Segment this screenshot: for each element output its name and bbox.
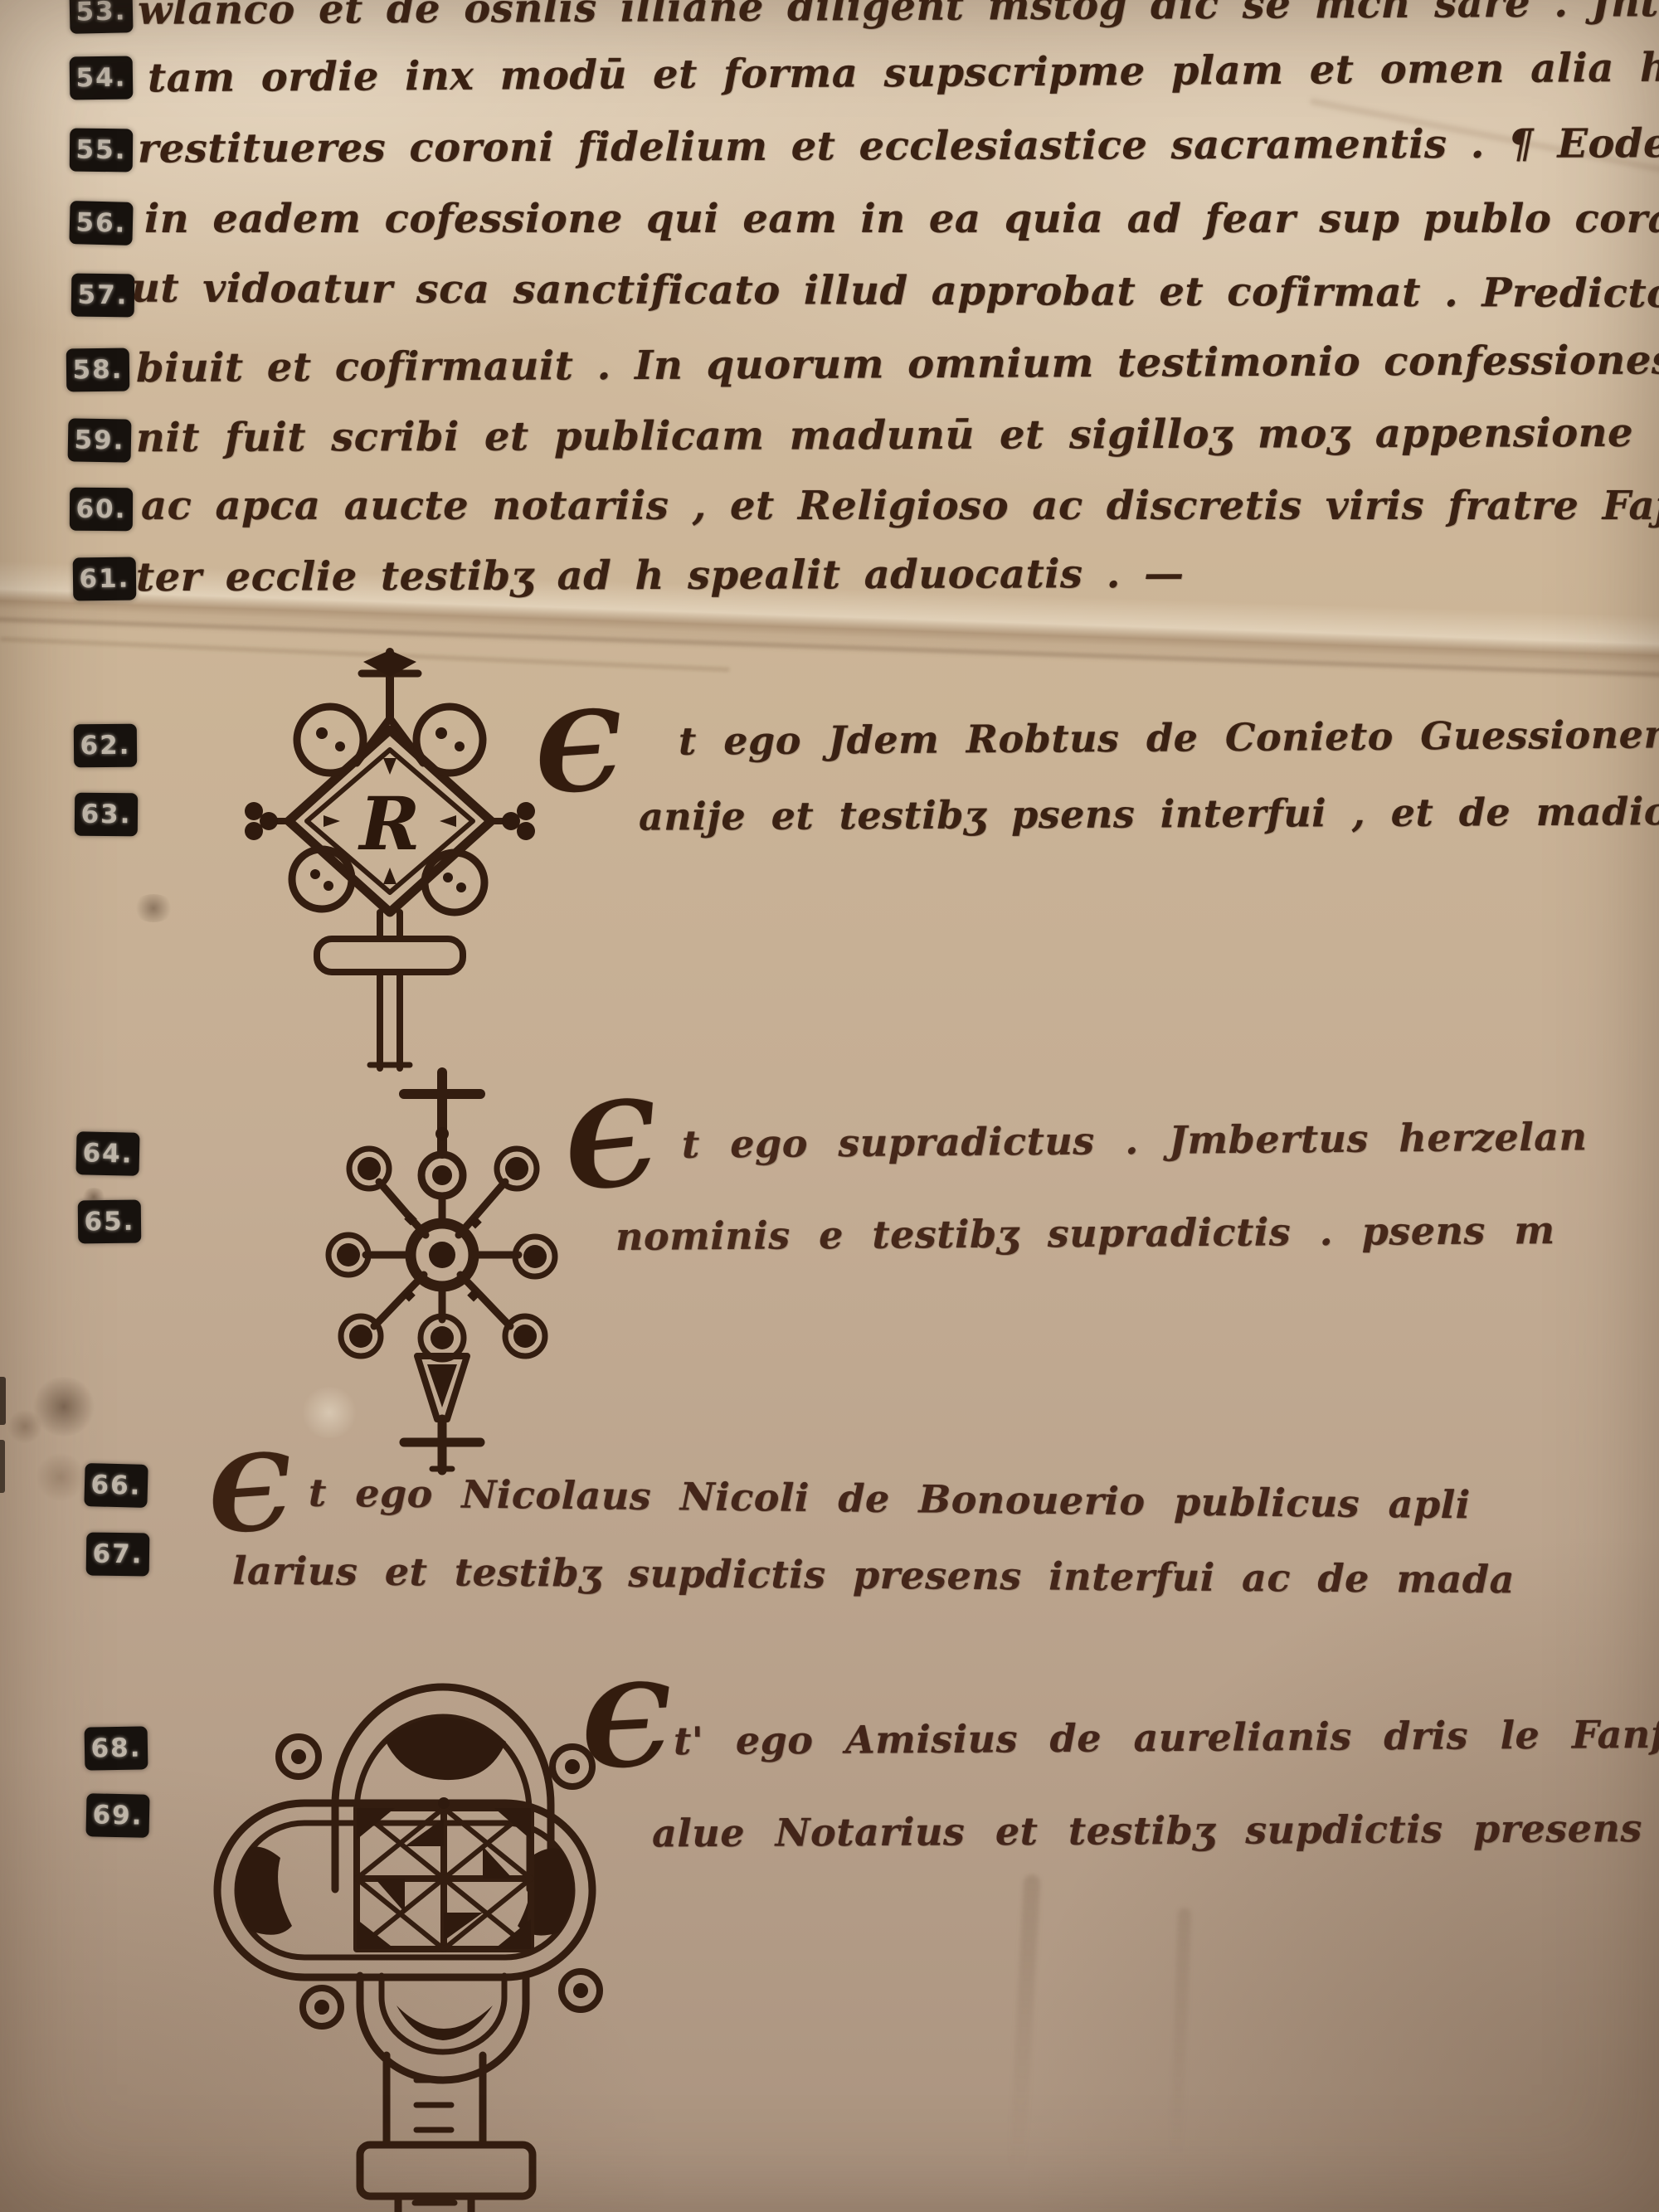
- edge-shadow: [0, 1440, 5, 1493]
- stain-spot: [133, 894, 174, 922]
- line-number-badge-53: 53.: [69, 0, 133, 34]
- manuscript-line-53: wlanco et de osnlis illiane diligent mst…: [138, 0, 1659, 31]
- line-number-badge-60: 60.: [70, 488, 133, 532]
- line-number-badge-65: 65.: [78, 1200, 142, 1244]
- line-number-badge-63: 63.: [75, 793, 138, 837]
- line-number-badge-61: 61.: [73, 557, 137, 600]
- attestation-initial: Є: [206, 1439, 296, 1549]
- line-number-badge-58: 58.: [66, 348, 130, 392]
- stain-spot: [35, 1453, 86, 1501]
- manuscript-line-55: restitueres coroni fidelium et ecclesias…: [138, 123, 1659, 168]
- line-number-badge-54: 54.: [70, 56, 134, 100]
- manuscript-line-64: t ego supradictus . Jmbertus herzelan: [682, 1117, 1588, 1164]
- manuscript-line-59: nit fuit scribi et publicam madunū et si…: [136, 413, 1659, 458]
- manuscript-line-56: in eadem cofessione qui eam in ea quia a…: [144, 199, 1659, 239]
- edge-shadow: [0, 1377, 6, 1425]
- line-number-badge-68: 68.: [85, 1726, 148, 1770]
- parchment-charter-photo: 53. 54. 55. 56. 57. 58. 59. 60. 61. 62. …: [0, 0, 1659, 2212]
- manuscript-line-60: ac apca aucte notariis , et Religioso ac…: [141, 486, 1659, 526]
- manuscript-line-61: ter ecclie testibʒ ad h spealit aduocati…: [136, 554, 1185, 597]
- line-number-badge-67: 67.: [86, 1532, 150, 1576]
- manuscript-line-62: t ego Jdem Robtus de Conieto Guessionen …: [679, 714, 1659, 760]
- manuscript-line-68: t' ego Amisius de aurelianis dris le Fan…: [674, 1715, 1659, 1760]
- line-number-badge-62: 62.: [74, 724, 137, 768]
- manuscript-line-67: larius et testibʒ supdictis presens inte…: [232, 1552, 1515, 1599]
- sign-monogram: R: [357, 780, 420, 867]
- line-number-badge-66: 66.: [84, 1463, 148, 1508]
- manuscript-line-57: ut vidoatur sca sanctificato illud appro…: [131, 269, 1659, 314]
- line-number-badge-64: 64.: [75, 1131, 139, 1176]
- notarial-sign-cross-orbs: [311, 1064, 577, 1479]
- manuscript-line-69: alue Notarius et testibʒ supdictis prese…: [652, 1809, 1659, 1853]
- stain-streak: [1170, 1908, 1191, 2156]
- manuscript-line-66: t ego Nicolaus Nicoli de Bonouerio publi…: [309, 1474, 1471, 1524]
- line-number-badge-59: 59.: [68, 418, 132, 462]
- notarial-sign-quatrefoil-knot: [197, 1680, 612, 2212]
- ink-smudge: [32, 1377, 96, 1437]
- manuscript-line-63: anije et testibʒ psens interfui , et de …: [639, 791, 1659, 835]
- manuscript-line-65: nominis e testibʒ supradictis . psens m: [615, 1211, 1555, 1256]
- line-number-badge-56: 56.: [69, 201, 133, 246]
- stain-spot: [7, 1410, 43, 1443]
- manuscript-line-58: biuit et cofirmauit . In quorum omnium t…: [136, 340, 1659, 388]
- line-number-badge-57: 57.: [71, 273, 135, 317]
- line-number-badge-69: 69.: [85, 1793, 149, 1838]
- manuscript-line-54: tam ordie inx modū et forma supscripme p…: [148, 48, 1659, 99]
- notarial-sign-diamond-R: R: [224, 640, 556, 1072]
- stain-streak: [1009, 1874, 1041, 2174]
- line-number-badge-55: 55.: [70, 129, 134, 173]
